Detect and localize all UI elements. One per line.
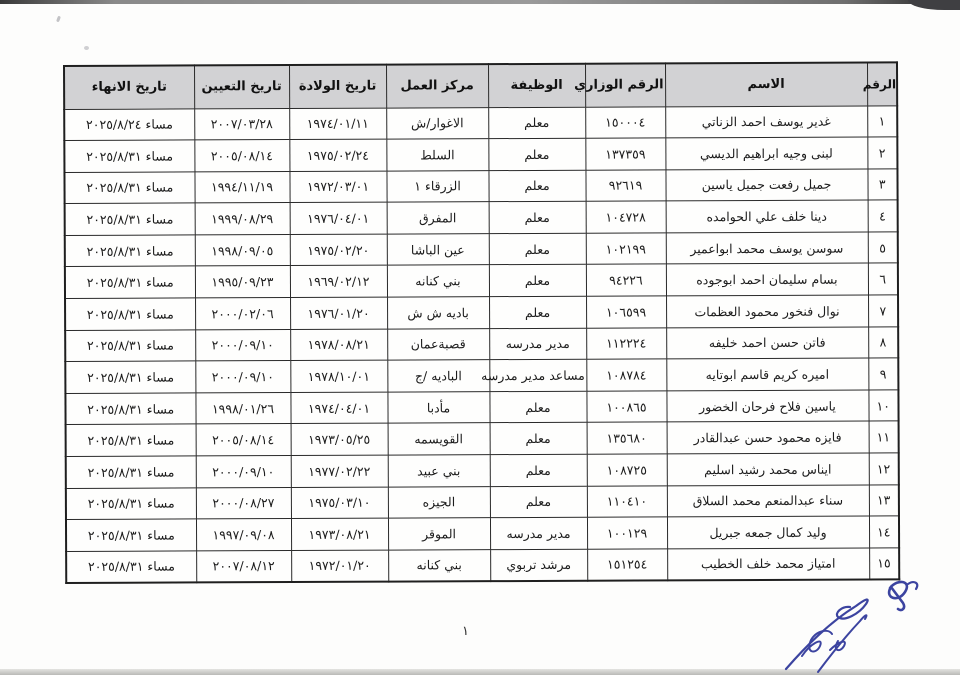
table-row: ١١ فايزه محمود حسن عبدالقادر ١٣٥٦٨٠ معلم… (66, 421, 899, 456)
cell-birth-date: ١٩٧٨/٠٨/٢١ (290, 329, 387, 361)
cell-end-date: مساء ٢٠٢٥/٨/٣١ (66, 551, 196, 583)
cell-row-number: ٣ (867, 169, 897, 201)
header-row: الرقم الاسم الرقم الوزاري الوظيفة مركز ا… (64, 62, 897, 109)
table-row: ٦ بسام سليمان احمد ابوجوده ٩٤٢٢٦ معلم بن… (65, 263, 898, 298)
cell-name: سناء عبدالمنعم محمد السلاق (667, 485, 869, 517)
cell-hire-date: ١٩٩٧/٠٩/٠٨ (196, 519, 291, 551)
cell-name: بسام سليمان احمد ابوجوده (666, 263, 868, 295)
cell-end-date: مساء ٢٠٢٥/٨/٢٤ (64, 108, 194, 140)
table-row: ٣ جميل رفعت جميل ياسين ٩٢٦١٩ معلم الزرقا… (64, 169, 897, 204)
cell-hire-date: ٢٠٠٠/٠٩/١٠ (195, 361, 290, 393)
cell-end-date: مساء ٢٠٢٥/٨/٣١ (65, 330, 195, 362)
cell-work-center: بني كنانه (387, 265, 489, 297)
cell-work-center: مأدبا (387, 391, 489, 423)
cell-name: نوال فنخور محمود العظمات (666, 295, 868, 327)
cell-row-number: ١٤ (869, 516, 899, 548)
cell-job-title: معلم (488, 170, 585, 202)
cell-hire-date: ٢٠٠٧/٠٣/٢٨ (194, 108, 289, 140)
cell-hire-date: ٢٠٠٧/٠٨/١٢ (196, 550, 291, 582)
cell-end-date: مساء ٢٠٢٥/٨/٣١ (65, 266, 195, 298)
cell-job-title: مدير مدرسه (489, 328, 586, 360)
cell-job-title: معلم (489, 296, 586, 328)
cell-birth-date: ١٩٧٤/٠٤/٠١ (290, 392, 387, 424)
cell-end-date: مساء ٢٠٢٥/٨/٣١ (65, 393, 195, 425)
cell-job-title: معلم (489, 391, 586, 423)
cell-name: فايزه محمود حسن عبدالقادر (667, 421, 869, 453)
cell-work-center: قصبةعمان (387, 328, 489, 360)
table-row: ١٠ ياسين فلاح فرحان الخضور ١٠٠٨٦٥ معلم م… (65, 390, 898, 425)
header-name: الاسم (665, 62, 867, 106)
cell-ministry-number: ٩٢٦١٩ (585, 170, 665, 202)
cell-work-center: الزرقاء ١ (386, 170, 488, 202)
cell-name: لبنى وجيه ابراهيم الديسي (665, 137, 867, 169)
table-wrap: الرقم الاسم الرقم الوزاري الوظيفة مركز ا… (64, 61, 900, 584)
cell-birth-date: ١٩٧٥/٠٢/٢٠ (290, 234, 387, 266)
cell-hire-date: ١٩٩٤/١١/١٩ (194, 171, 289, 203)
cell-work-center: الاغوار/ش (386, 107, 488, 139)
cell-row-number: ٥ (868, 232, 898, 264)
cell-row-number: ١٣ (869, 484, 899, 516)
cell-hire-date: ٢٠٠٠/٠٢/٠٦ (195, 298, 290, 330)
cell-birth-date: ١٩٧٨/١٠/٠١ (290, 360, 387, 392)
cell-work-center: الجيزه (388, 486, 490, 518)
cell-work-center: عين الباشا (387, 234, 489, 266)
cell-birth-date: ١٩٧٥/٠٢/٢٤ (289, 139, 386, 171)
cell-birth-date: ١٩٧٦/٠٤/٠١ (290, 202, 387, 234)
cell-row-number: ٨ (868, 327, 898, 359)
header-birth-date: تاريخ الولادة (289, 65, 386, 108)
cell-row-number: ٦ (868, 263, 898, 295)
header-hire-date: تاريخ التعيين (194, 65, 289, 108)
cell-job-title: معلم (488, 107, 585, 139)
cell-hire-date: ٢٠٠٠/٠٩/١٠ (196, 456, 291, 488)
cell-ministry-number: ١١٠٤١٠ (587, 485, 667, 517)
cell-job-title: معلم (490, 486, 587, 518)
cell-end-date: مساء ٢٠٢٥/٨/٣١ (66, 488, 196, 520)
cell-job-title: معلم (490, 423, 587, 455)
cell-name: غدير يوسف احمد الزناتي (665, 105, 867, 137)
cell-row-number: ١٠ (868, 390, 898, 422)
cell-row-number: ٧ (868, 295, 898, 327)
cell-work-center: المفرق (387, 202, 489, 234)
cell-birth-date: ١٩٧٢/٠٣/٠١ (289, 171, 386, 203)
cell-birth-date: ١٩٧٢/٠١/٢٠ (291, 550, 388, 582)
cell-ministry-number: ١٥٠٠٠٤ (585, 106, 665, 138)
table-row: ٢ لبنى وجيه ابراهيم الديسي ١٣٧٣٥٩ معلم ا… (64, 137, 897, 172)
signature-scribble (772, 576, 942, 675)
cell-job-title: معلم (489, 265, 586, 297)
cell-ministry-number: ١٠٤٧٢٨ (586, 201, 666, 233)
cell-work-center: السلط (386, 139, 488, 171)
page-number: ١ (462, 624, 469, 639)
header-row-number: الرقم (867, 62, 897, 105)
cell-ministry-number: ١١٢٢٢٤ (586, 328, 666, 360)
table-row: ١٣ سناء عبدالمنعم محمد السلاق ١١٠٤١٠ معل… (66, 484, 899, 519)
table-row: ٧ نوال فنخور محمود العظمات ١٠٦٥٩٩ معلم ب… (65, 295, 898, 330)
cell-job-title: مدير مدرسه (490, 517, 587, 549)
cell-job-title: معلم (489, 233, 586, 265)
cell-name: سوسن يوسف محمد ابواعمير (666, 232, 868, 264)
scan-speck (84, 46, 89, 50)
table-row: ٥ سوسن يوسف محمد ابواعمير ١٠٢١٩٩ معلم عي… (65, 232, 898, 267)
cell-hire-date: ١٩٩٨/٠١/٢٦ (195, 392, 290, 424)
cell-hire-date: ١٩٩٨/٠٩/٠٥ (195, 234, 290, 266)
table-row: ١٢ ايناس محمد رشيد اسليم ١٠٨٧٢٥ معلم بني… (66, 453, 899, 488)
cell-birth-date: ١٩٧٣/٠٨/٢١ (291, 518, 388, 550)
cell-ministry-number: ١٠٠٨٦٥ (586, 391, 666, 423)
cell-hire-date: ١٩٩٩/٠٨/٢٩ (195, 203, 290, 235)
table-body: ١ غدير يوسف احمد الزناتي ١٥٠٠٠٤ معلم الا… (64, 105, 899, 583)
header-work-center: مركز العمل (386, 64, 488, 107)
cell-birth-date: ١٩٧٣/٠٥/٢٥ (291, 424, 388, 456)
cell-job-title: معلم (490, 454, 587, 486)
cell-ministry-number: ١٣٥٦٨٠ (587, 422, 667, 454)
cell-row-number: ٤ (868, 200, 898, 232)
cell-ministry-number: ١٥١٢٥٤ (587, 549, 667, 581)
cell-work-center: بني كنانه (388, 549, 490, 581)
cell-row-number: ١٢ (869, 453, 899, 485)
cell-name: جميل رفعت جميل ياسين (665, 169, 867, 201)
cell-name: ياسين فلاح فرحان الخضور (666, 390, 868, 422)
cell-work-center: باديه ش ش (387, 297, 489, 329)
cell-name: دينا خلف علي الحوامده (666, 200, 868, 232)
cell-ministry-number: ١٠٨٧٢٥ (587, 454, 667, 486)
table-row: ٨ فاتن حسن احمد خليفه ١١٢٢٢٤ مدير مدرسه … (65, 327, 898, 362)
cell-work-center: الباديه /ج (387, 360, 489, 392)
cell-work-center: بني عبيد (388, 455, 490, 487)
scan-edge-top (0, 0, 960, 4)
cell-row-number: ١ (867, 105, 897, 137)
cell-end-date: مساء ٢٠٢٥/٨/٣١ (65, 203, 195, 235)
cell-hire-date: ٢٠٠٠/٠٨/٢٧ (196, 487, 291, 519)
cell-hire-date: ٢٠٠٥/٠٨/١٤ (196, 424, 291, 456)
cell-birth-date: ١٩٧٧/٠٢/٢٢ (291, 455, 388, 487)
header-ministry-number: الرقم الوزاري (585, 63, 665, 106)
cell-name: اميره كريم قاسم ابوتايه (666, 358, 868, 390)
cell-job-title: مساعد مدير مدرسه (489, 359, 586, 391)
cell-ministry-number: ٩٤٢٢٦ (586, 264, 666, 296)
scan-blob-top-right (908, 0, 960, 10)
table-row: ١٤ وليد كمال جمعه جبريل ١٠٠١٢٩ مدير مدرس… (66, 516, 899, 551)
table-row: ٤ دينا خلف علي الحوامده ١٠٤٧٢٨ معلم المف… (65, 200, 898, 235)
employees-table: الرقم الاسم الرقم الوزاري الوظيفة مركز ا… (63, 61, 900, 584)
cell-job-title: معلم (488, 138, 585, 170)
cell-work-center: القويسمه (388, 423, 490, 455)
cell-end-date: مساء ٢٠٢٥/٨/٣١ (64, 140, 194, 172)
cell-end-date: مساء ٢٠٢٥/٨/٣١ (66, 519, 196, 551)
header-end-date: تاريخ الانهاء (64, 65, 194, 109)
cell-ministry-number: ١٣٧٣٥٩ (585, 138, 665, 170)
cell-hire-date: ١٩٩٥/٠٩/٢٣ (195, 266, 290, 298)
cell-work-center: الموقر (388, 518, 490, 550)
cell-ministry-number: ١٠٠١٢٩ (587, 517, 667, 549)
cell-end-date: مساء ٢٠٢٥/٨/٣١ (66, 456, 196, 488)
scan-speck (56, 16, 61, 23)
cell-row-number: ٩ (868, 358, 898, 390)
cell-job-title: معلم (489, 202, 586, 234)
cell-name: ايناس محمد رشيد اسليم (667, 453, 869, 485)
cell-birth-date: ١٩٧٥/٠٣/١٠ (291, 487, 388, 519)
cell-end-date: مساء ٢٠٢٥/٨/٣١ (65, 235, 195, 267)
cell-ministry-number: ١٠٨٧٨٤ (586, 359, 666, 391)
cell-end-date: مساء ٢٠٢٥/٨/٣١ (64, 172, 194, 204)
table-header: الرقم الاسم الرقم الوزاري الوظيفة مركز ا… (64, 62, 897, 109)
cell-row-number: ٢ (867, 137, 897, 169)
cell-ministry-number: ١٠٦٥٩٩ (586, 296, 666, 328)
cell-end-date: مساء ٢٠٢٥/٨/٣١ (65, 298, 195, 330)
header-job-title: الوظيفة (488, 64, 585, 107)
cell-job-title: مرشد تربوي (490, 549, 587, 581)
cell-birth-date: ١٩٧٦/٠١/٢٠ (290, 297, 387, 329)
cell-row-number: ١٥ (869, 548, 899, 580)
cell-end-date: مساء ٢٠٢٥/٨/٣١ (66, 424, 196, 456)
cell-hire-date: ٢٠٠٥/٠٨/١٤ (194, 140, 289, 172)
cell-ministry-number: ١٠٢١٩٩ (586, 233, 666, 265)
cell-hire-date: ٢٠٠٠/٠٩/١٠ (195, 329, 290, 361)
cell-name: وليد كمال جمعه جبريل (667, 516, 869, 548)
cell-row-number: ١١ (869, 421, 899, 453)
cell-birth-date: ١٩٦٩/٠٢/١٢ (290, 266, 387, 298)
cell-end-date: مساء ٢٠٢٥/٨/٣١ (65, 361, 195, 393)
table-row: ١ غدير يوسف احمد الزناتي ١٥٠٠٠٤ معلم الا… (64, 105, 897, 140)
cell-birth-date: ١٩٧٤/٠١/١١ (289, 108, 386, 140)
table-row: ٩ اميره كريم قاسم ابوتايه ١٠٨٧٨٤ مساعد م… (65, 358, 898, 393)
cell-name: فاتن حسن احمد خليفه (666, 327, 868, 359)
